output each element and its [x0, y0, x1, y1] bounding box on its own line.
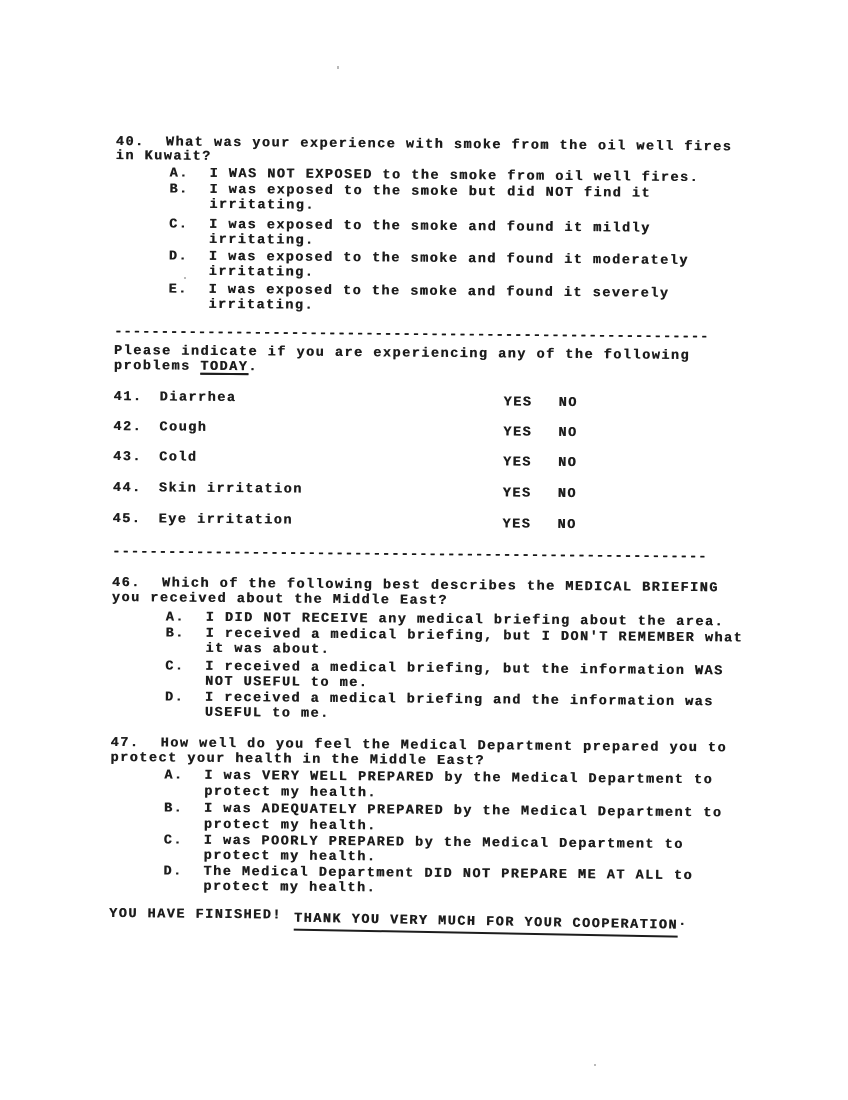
- option-letter: D.: [163, 865, 182, 879]
- thanks-underlined: THANK YOU VERY MUCH FOR YOUR COOPERATION: [294, 913, 678, 938]
- no-label: NO: [558, 397, 577, 411]
- scanned-questionnaire-page: 40. What was your experience with smoke …: [0, 0, 848, 1100]
- symptom-row-eye-irritation: 45. Eye irritation YES NO: [112, 513, 772, 534]
- option-text-continuation: protect my health.: [204, 786, 377, 802]
- today-intro-text-2: problems TODAY.: [114, 360, 258, 375]
- no-label: NO: [558, 427, 577, 441]
- finished-text: YOU HAVE FINISHED!: [109, 908, 282, 924]
- option-letter: D.: [169, 250, 188, 264]
- symptom-row-cold: 43. Cold YES NO: [113, 451, 773, 472]
- option-letter: B.: [165, 627, 184, 641]
- option-letter: A.: [166, 611, 185, 625]
- thanks-text: THANK YOU VERY MUCH FOR YOUR COOPERATION…: [294, 913, 688, 934]
- divider-dashes: ----------------------------------------…: [114, 326, 709, 345]
- item-label: Cold: [159, 451, 198, 465]
- option-text-continuation: protect my health.: [203, 881, 376, 897]
- intro-suffix: .: [248, 360, 258, 375]
- option-letter: E.: [168, 283, 187, 297]
- option-letter: D.: [165, 691, 184, 705]
- question-47-number: 47.: [110, 737, 139, 751]
- no-label: NO: [558, 457, 577, 471]
- today-underlined: TODAY: [200, 360, 248, 375]
- option-letter: C.: [165, 660, 184, 674]
- option-letter: B.: [169, 183, 188, 197]
- item-label: Diarrhea: [159, 391, 236, 406]
- yes-label: YES: [502, 518, 531, 532]
- option-letter: A.: [164, 769, 183, 783]
- option-text-continuation: USEFUL to me.: [205, 707, 330, 722]
- item-label: Cough: [159, 421, 207, 435]
- option-letter: B.: [164, 802, 183, 816]
- option-letter: A.: [169, 167, 188, 181]
- question-46-prompt-text-2: you received about the Middle East?: [112, 592, 448, 609]
- footer-line: YOU HAVE FINISHED! THANK YOU VERY MUCH F…: [109, 908, 769, 936]
- option-text-continuation: irritating.: [209, 199, 315, 214]
- option-text-continuation: protect my health.: [204, 819, 377, 835]
- option-text-continuation: irritating.: [209, 234, 315, 249]
- option-text-continuation: irritating.: [209, 266, 315, 281]
- yes-label: YES: [503, 396, 532, 410]
- no-label: NO: [557, 519, 576, 533]
- symptom-row-diarrhea: 41. Diarrhea YES NO: [113, 391, 773, 412]
- dashed-divider-top: ----------------------------------------…: [114, 326, 774, 347]
- symptom-row-cough: 42. Cough YES NO: [113, 421, 773, 442]
- divider-dashes: ----------------------------------------…: [112, 546, 707, 565]
- option-letter: C.: [164, 834, 183, 848]
- question-47: 47. How well do you feel the Medical Dep…: [117, 0, 777, 6]
- option-text-continuation: NOT USEFUL to me.: [205, 676, 368, 691]
- question-47-prompt-text-2: protect your health in the Middle East?: [110, 752, 485, 769]
- option-text-continuation: it was about.: [205, 643, 330, 658]
- no-label: NO: [558, 488, 577, 502]
- question-46: 46. Which of the following best describe…: [117, 0, 777, 6]
- yes-label: YES: [503, 487, 532, 501]
- item-number: 42.: [113, 421, 142, 435]
- intro-prefix: problems: [114, 359, 201, 375]
- item-number: 44.: [113, 482, 142, 496]
- item-number: 43.: [113, 451, 142, 465]
- symptom-row-skin-irritation: 44. Skin irritation YES NO: [113, 482, 773, 503]
- option-text-continuation: irritating.: [208, 299, 314, 314]
- thanks-suffix: .: [678, 915, 688, 930]
- question-40-prompt-text-2: in Kuwait?: [116, 150, 212, 165]
- item-label: Skin irritation: [159, 482, 303, 497]
- item-number: 45.: [112, 513, 141, 527]
- question-40: 40. What was your experience with smoke …: [117, 0, 777, 6]
- today-symptoms-section: Please indicate if you are experiencing …: [117, 0, 777, 6]
- page-content: 40. What was your experience with smoke …: [107, 0, 777, 1100]
- option-letter: C.: [169, 218, 188, 232]
- item-label: Eye irritation: [158, 513, 293, 528]
- question-46-number: 46.: [112, 577, 141, 591]
- dashed-divider-bottom: ----------------------------------------…: [112, 546, 772, 567]
- item-number: 41.: [113, 391, 142, 405]
- option-text-continuation: protect my health.: [203, 850, 376, 866]
- yes-label: YES: [503, 456, 532, 470]
- yes-label: YES: [503, 426, 532, 440]
